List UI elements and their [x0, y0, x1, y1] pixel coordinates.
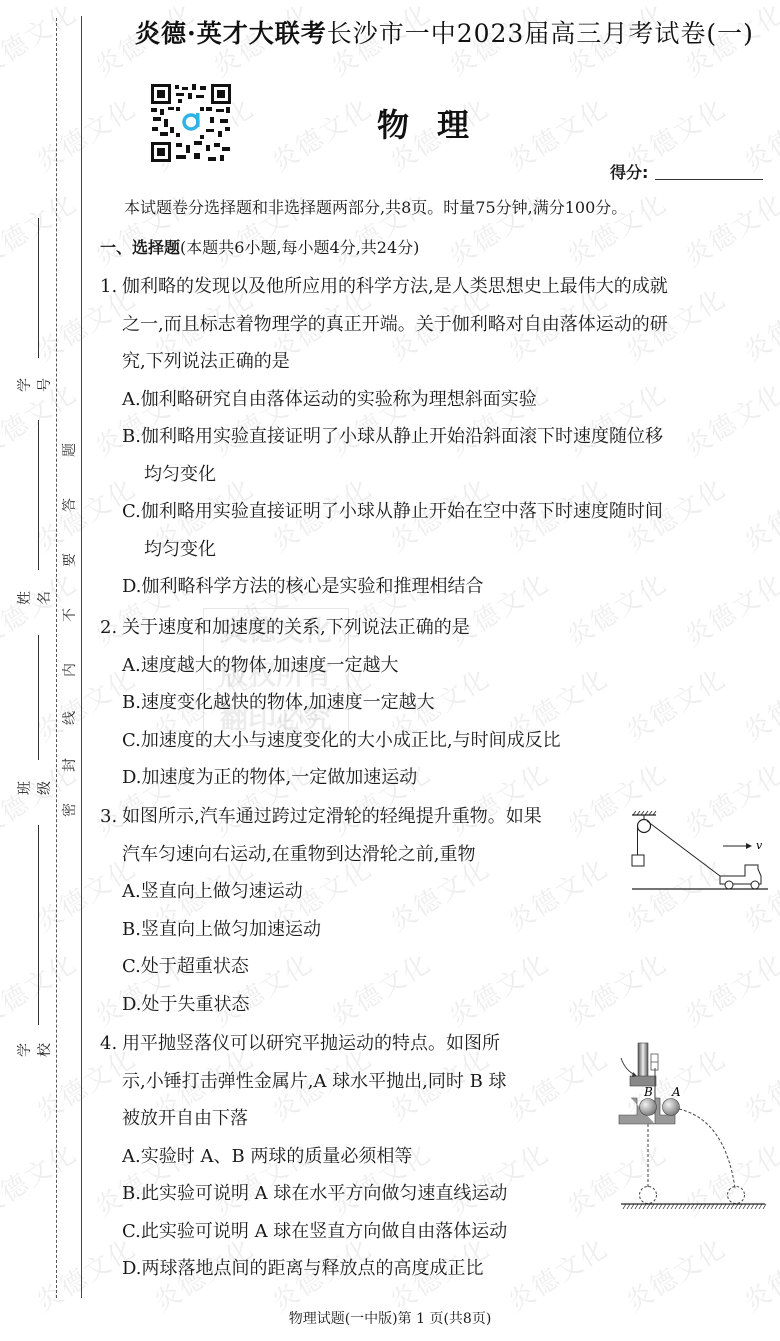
option-c[interactable]: C.伽利略用实验直接证明了小球从静止开始在空中落下时速度随时间 [100, 493, 668, 531]
option-d[interactable]: D.伽利略科学方法的核心是实验和推理相结合 [100, 568, 668, 606]
question-number: 3. [100, 798, 122, 836]
option-a[interactable]: A.竖直向上做匀速运动 [100, 873, 542, 911]
option-c[interactable]: C.此实验可说明 A 球在竖直方向做自由落体运动 [100, 1213, 507, 1251]
hammer-icon [638, 1043, 648, 1079]
option-a[interactable]: A.伽利略研究自由落体运动的实验称为理想斜面实验 [100, 381, 668, 419]
page-footer: 物理试题(一中版)第 1 页(共8页) [0, 1308, 780, 1328]
option-a[interactable]: A.实验时 A、B 两球的质量必须相等 [100, 1138, 507, 1176]
section-title: 一、选择题 [100, 238, 180, 257]
exam-brand: 炎德·英才大联考 [135, 19, 327, 48]
question-number: 4. [100, 1025, 122, 1063]
ball-b-icon [640, 1099, 657, 1116]
pulley-icon [638, 820, 651, 833]
option-c[interactable]: C.处于超重状态 [100, 948, 542, 986]
pulley-truck-figure: v [628, 810, 768, 890]
option-d[interactable]: D.处于失重状态 [100, 986, 542, 1024]
option-b[interactable]: B.伽利略用实验直接证明了小球从静止开始沿斜面滚下时速度随位移 [100, 418, 668, 456]
ball-a-icon [663, 1099, 680, 1116]
score-label: 得分: [610, 160, 648, 183]
exam-instructions: 本试题卷分选择题和非选择题两部分,共8页。时量75分钟,满分100分。 [124, 195, 627, 218]
section-heading: 一、选择题(本题共6小题,每小题4分,共24分) [100, 235, 419, 258]
question-number: 2. [100, 609, 122, 647]
exam-title: 炎德·英才大联考长沙市一中2023届高三月考试卷(一) [135, 14, 754, 50]
qr-code-icon[interactable] [150, 83, 232, 163]
option-b[interactable]: B.竖直向上做匀加速运动 [100, 911, 542, 949]
question-3: 3.如图所示,汽车通过跨过定滑轮的轻绳提升重物。如果 汽车匀速向右运动,在重物到… [100, 798, 542, 1023]
question-2: 2.关于速度和加速度的关系,下列说法正确的是 A.速度越大的物体,加速度一定越大… [100, 609, 561, 797]
score-field[interactable] [655, 179, 763, 180]
option-d[interactable]: D.两球落地点间的距离与释放点的高度成正比 [100, 1250, 507, 1288]
option-a[interactable]: A.速度越大的物体,加速度一定越大 [100, 647, 561, 685]
option-d[interactable]: D.加速度为正的物体,一定做加速运动 [100, 759, 561, 797]
velocity-label: v [756, 839, 763, 852]
subject-title: 物理 [377, 100, 497, 146]
exam-name: 长沙市一中2023届高三月考试卷(一) [327, 19, 754, 48]
option-b[interactable]: B.此实验可说明 A 球在水平方向做匀速直线运动 [100, 1175, 507, 1213]
option-c[interactable]: C.加速度的大小与速度变化的大小成正比,与时间成反比 [100, 722, 561, 760]
question-1: 1.伽利略的发现以及他所应用的科学方法,是人类思想史上最伟大的成就 之一,而且标… [100, 268, 668, 606]
question-number: 1. [100, 268, 122, 306]
ball-a-label: A [671, 1085, 681, 1099]
ball-b-label: B [643, 1085, 653, 1099]
question-4: 4.用平抛竖落仪可以研究平抛运动的特点。如图所 示,小锤打击弹性金属片,A 球水… [100, 1025, 507, 1288]
projectile-apparatus-figure: B A [615, 1040, 775, 1225]
exam-page: 炎德·英才大联考长沙市一中2023届高三月考试卷(一) 物理 得分: 本试题卷分… [0, 0, 780, 1341]
section-note: (本题共6小题,每小题4分,共24分) [180, 238, 419, 257]
option-b[interactable]: B.速度变化越快的物体,加速度一定越大 [100, 684, 561, 722]
weight-block-icon [632, 855, 644, 866]
